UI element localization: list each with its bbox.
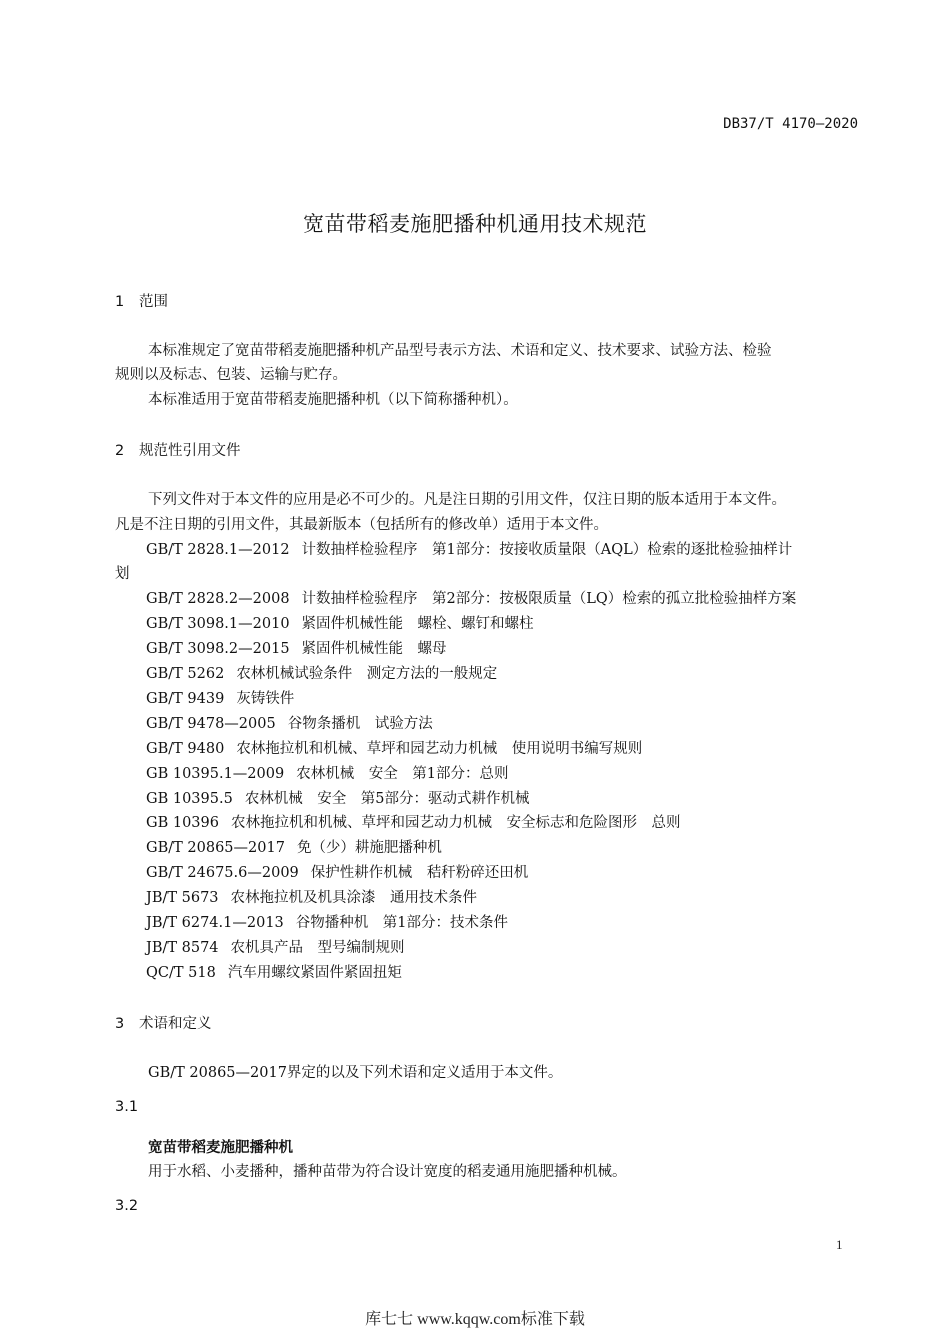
reference-code: GB/T 9439	[146, 691, 224, 707]
reference-code: GB 10396	[146, 815, 219, 831]
paragraph-line: 本标准规定了宽苗带稻麦施肥播种机产品型号表示方法、术语和定义、技术要求、试验方法…	[148, 339, 772, 360]
reference-title: 农林拖拉机和机械、草坪和园艺动力机械 安全标志和危险图形 总则	[231, 815, 681, 831]
reference-title: 农林拖拉机和机械、草坪和园艺动力机械 使用说明书编写规则	[236, 741, 642, 757]
reference-code: JB/T 5673	[146, 890, 219, 906]
reference-item: GB/T 20865—2017免（少）耕施肥播种机	[146, 836, 442, 857]
reference-item: GB 10396农林拖拉机和机械、草坪和园艺动力机械 安全标志和危险图形 总则	[146, 811, 680, 832]
reference-code: GB/T 9480	[146, 741, 224, 757]
reference-item: QC/T 518汽车用螺纹紧固件紧固扭矩	[146, 961, 402, 982]
reference-item: GB/T 5262农林机械试验条件 测定方法的一般规定	[146, 662, 497, 683]
page-number: 1	[836, 1237, 843, 1253]
reference-code: GB/T 2828.1—2012	[146, 542, 290, 558]
reference-item: GB 10395.5农林机械 安全 第5部分：驱动式耕作机械	[146, 787, 530, 808]
section-title: 范围	[139, 294, 168, 310]
reference-title: 农林拖拉机及机具涂漆 通用技术条件	[231, 890, 478, 906]
term-definition: 用于水稻、小麦播种，播种苗带为符合设计宽度的稻麦通用施肥播种机械。	[148, 1160, 627, 1181]
reference-continuation: 划	[115, 562, 130, 583]
reference-item: JB/T 8574农机具产品 型号编制规则	[146, 936, 405, 957]
reference-item: GB/T 9439灰铸铁件	[146, 687, 294, 708]
section-2-heading: 2规范性引用文件	[115, 439, 241, 460]
reference-title: 灰铸铁件	[236, 691, 294, 707]
reference-item: GB/T 24675.6—2009保护性耕作机械 秸秆粉碎还田机	[146, 861, 528, 882]
reference-code: JB/T 8574	[146, 940, 219, 956]
section-number: 2	[115, 443, 139, 459]
reference-title: 农林机械 安全 第5部分：驱动式耕作机械	[245, 791, 530, 807]
section-title: 规范性引用文件	[139, 443, 241, 459]
section-1-heading: 1范围	[115, 290, 168, 311]
reference-code: GB/T 20865—2017	[146, 840, 285, 856]
term-title: 宽苗带稻麦施肥播种机	[148, 1136, 293, 1157]
section-3-heading: 3术语和定义	[115, 1012, 212, 1033]
reference-title: 计数抽样检验程序 第2部分：按极限质量（LQ）检索的孤立批检验抽样方案	[302, 591, 797, 607]
paragraph-line: 规则以及标志、包装、运输与贮存。	[115, 363, 347, 384]
term-number: 3.1	[115, 1099, 138, 1115]
document-page: DB37/T 4170—2020 宽苗带稻麦施肥播种机通用技术规范 1范围 本标…	[0, 0, 950, 1344]
reference-code: GB/T 3098.1—2010	[146, 616, 290, 632]
reference-item: GB/T 2828.2—2008计数抽样检验程序 第2部分：按极限质量（LQ）检…	[146, 587, 796, 608]
reference-title: 农林机械 安全 第1部分：总则	[296, 766, 508, 782]
reference-item: GB/T 2828.1—2012计数抽样检验程序 第1部分：按接收质量限（AQL…	[146, 538, 792, 559]
reference-code: GB/T 9478—2005	[146, 716, 276, 732]
reference-code: GB 10395.1—2009	[146, 766, 284, 782]
reference-title: 紧固件机械性能 螺栓、螺钉和螺柱	[302, 616, 534, 632]
reference-title: 计数抽样检验程序 第1部分：按接收质量限（AQL）检索的逐批检验抽样计	[302, 542, 793, 558]
standard-code: DB37/T 4170—2020	[723, 116, 858, 132]
reference-item: GB 10395.1—2009农林机械 安全 第1部分：总则	[146, 762, 508, 783]
reference-item: JB/T 5673农林拖拉机及机具涂漆 通用技术条件	[146, 886, 477, 907]
reference-code: GB/T 3098.2—2015	[146, 641, 290, 657]
section-number: 3	[115, 1016, 139, 1032]
reference-code: GB/T 5262	[146, 666, 224, 682]
paragraph-line: 凡是不注日期的引用文件，其最新版本（包括所有的修改单）适用于本文件。	[115, 513, 608, 534]
reference-code: GB/T 2828.2—2008	[146, 591, 290, 607]
reference-title: 免（少）耕施肥播种机	[297, 840, 442, 856]
reference-title: 农林机械试验条件 测定方法的一般规定	[236, 666, 497, 682]
reference-title: 汽车用螺纹紧固件紧固扭矩	[228, 965, 402, 981]
reference-title: 农机具产品 型号编制规则	[231, 940, 405, 956]
section-number: 1	[115, 294, 139, 310]
watermark-footer: 库七七 www.kqqw.com标准下载	[0, 1306, 950, 1329]
reference-code: GB 10395.5	[146, 791, 233, 807]
paragraph-line: 本标准适用于宽苗带稻麦施肥播种机（以下简称播种机）。	[148, 388, 518, 409]
reference-code: QC/T 518	[146, 965, 216, 981]
reference-item: GB/T 3098.2—2015紧固件机械性能 螺母	[146, 637, 447, 658]
reference-title: 谷物条播机 试验方法	[288, 716, 433, 732]
reference-code: GB/T 24675.6—2009	[146, 865, 299, 881]
paragraph-line: 下列文件对于本文件的应用是必不可少的。凡是注日期的引用文件，仅注日期的版本适用于…	[148, 488, 786, 509]
reference-title: 谷物播种机 第1部分：技术条件	[296, 915, 508, 931]
reference-title: 保护性耕作机械 秸秆粉碎还田机	[311, 865, 529, 881]
section-title: 术语和定义	[139, 1016, 212, 1032]
reference-item: GB/T 9478—2005谷物条播机 试验方法	[146, 712, 433, 733]
reference-item: JB/T 6274.1—2013谷物播种机 第1部分：技术条件	[146, 911, 508, 932]
paragraph-line: GB/T 20865—2017界定的以及下列术语和定义适用于本文件。	[148, 1061, 562, 1082]
term-number: 3.2	[115, 1198, 138, 1214]
reference-code: JB/T 6274.1—2013	[146, 915, 284, 931]
reference-item: GB/T 3098.1—2010紧固件机械性能 螺栓、螺钉和螺柱	[146, 612, 534, 633]
reference-title: 紧固件机械性能 螺母	[302, 641, 447, 657]
document-title: 宽苗带稻麦施肥播种机通用技术规范	[0, 208, 950, 238]
reference-item: GB/T 9480农林拖拉机和机械、草坪和园艺动力机械 使用说明书编写规则	[146, 737, 642, 758]
